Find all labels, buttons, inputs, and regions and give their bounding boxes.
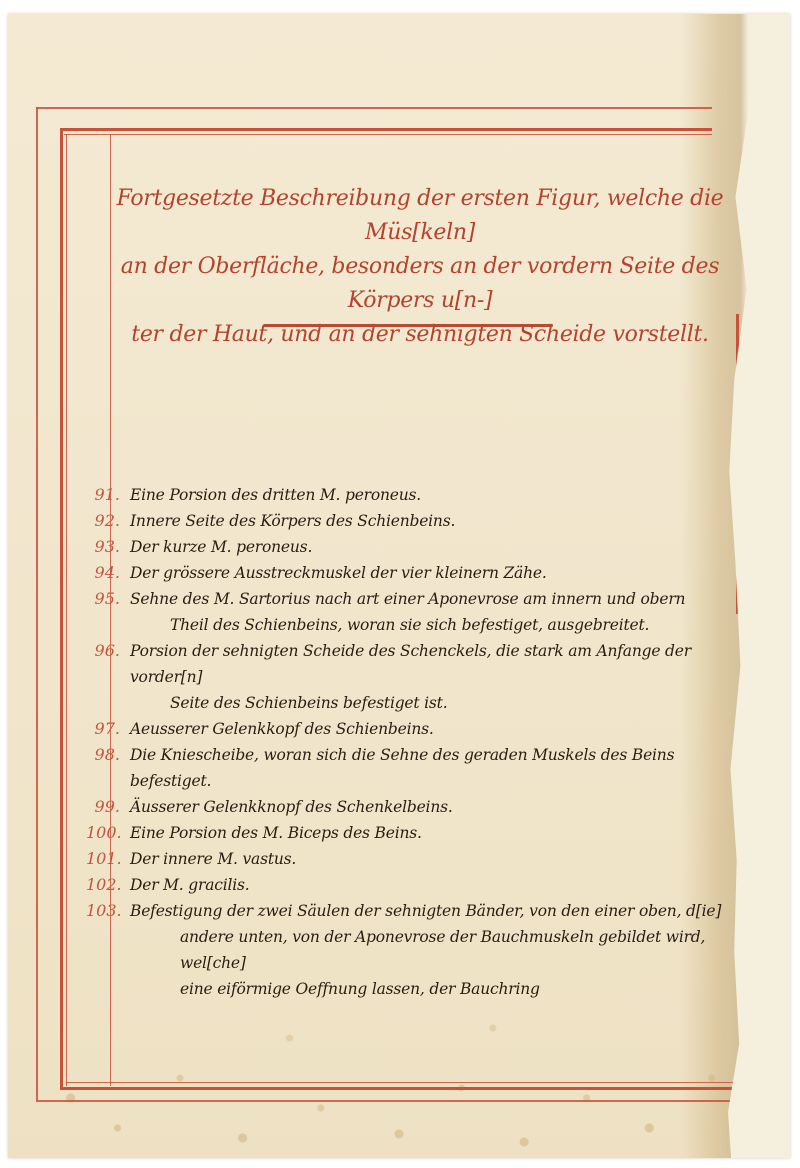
outer-frame-top (36, 107, 712, 109)
entry-text-continuation: Seite des Schienbeins befestiget ist. (130, 690, 726, 716)
inner-frame-bottom-thin (66, 1082, 738, 1083)
entry-text: Aeusserer Gelenkkopf des Schienbeins. (130, 720, 434, 738)
list-item: 96. Porsion der sehnigten Scheide des Sc… (86, 638, 726, 716)
list-item: 103. Befestigung der zwei Säulen der seh… (86, 898, 726, 1002)
title-line-1: Fortgesetzte Beschreibung der ersten Fig… (100, 182, 740, 250)
entry-text: Eine Porsion des M. Biceps des Beins. (130, 824, 422, 842)
entry-text: Der kurze M. peroneus. (130, 538, 312, 556)
entry-text: Der M. gracilis. (130, 876, 249, 894)
inner-frame-left-thin (66, 134, 67, 1086)
entry-text: Eine Porsion des dritten M. peroneus. (130, 486, 421, 504)
entry-number: 102. (86, 872, 124, 898)
entry-text-continuation: Theil des Schienbeins, woran sie sich be… (130, 612, 726, 638)
manuscript-page: Fortgesetzte Beschreibung der ersten Fig… (8, 14, 790, 1158)
entry-number: 99. (86, 794, 124, 820)
inner-frame-bottom-thick (60, 1087, 740, 1090)
entry-text: Porsion der sehnigten Scheide des Schenc… (130, 642, 691, 686)
list-item: 102. Der M. gracilis. (86, 872, 726, 898)
list-item: 95. Sehne des M. Sartorius nach art eine… (86, 586, 726, 638)
outer-frame-left (36, 107, 38, 1100)
entry-list: 91. Eine Porsion des dritten M. peroneus… (86, 482, 726, 1002)
entry-number: 95. (86, 586, 124, 612)
entry-number: 93. (86, 534, 124, 560)
entry-text-continuation: andere unten, von der Aponevrose der Bau… (130, 924, 726, 976)
title-underline (263, 324, 553, 327)
list-item: 93. Der kurze M. peroneus. (86, 534, 726, 560)
entry-number: 92. (86, 508, 124, 534)
entry-number: 94. (86, 560, 124, 586)
entry-text: Befestigung der zwei Säulen der sehnigte… (130, 902, 721, 920)
entry-number: 91. (86, 482, 124, 508)
inner-frame-left-thick (60, 128, 63, 1090)
entry-text: Sehne des M. Sartorius nach art einer Ap… (130, 590, 685, 608)
list-item: 99. Äusserer Gelenkknopf des Schenkelbei… (86, 794, 726, 820)
entry-text: Der grössere Ausstreckmuskel der vier kl… (130, 564, 547, 582)
list-item: 94. Der grössere Ausstreckmuskel der vie… (86, 560, 726, 586)
entry-number: 100. (86, 820, 124, 846)
inner-frame-top-thin (64, 134, 712, 135)
entry-text: Äusserer Gelenkknopf des Schenkelbeins. (130, 798, 453, 816)
list-item: 101. Der innere M. vastus. (86, 846, 726, 872)
entry-text: Der innere M. vastus. (130, 850, 296, 868)
entry-number: 97. (86, 716, 124, 742)
entry-text: Innere Seite des Körpers des Schienbeins… (130, 512, 455, 530)
entry-text: Die Kniescheibe, woran sich die Sehne de… (130, 746, 674, 790)
list-item: 92. Innere Seite des Körpers des Schienb… (86, 508, 726, 534)
entry-number: 96. (86, 638, 124, 664)
list-item: 100. Eine Porsion des M. Biceps des Bein… (86, 820, 726, 846)
title-line-2: an der Oberfläche, besonders an der vord… (100, 250, 740, 318)
entry-number: 103. (86, 898, 124, 924)
list-item: 97. Aeusserer Gelenkkopf des Schienbeins… (86, 716, 726, 742)
outer-frame-bottom (36, 1100, 752, 1102)
entry-number: 98. (86, 742, 124, 768)
entry-text-continuation: eine eiförmige Oeffnung lassen, der Bauc… (130, 976, 726, 1002)
inner-frame-top-thick (60, 128, 712, 131)
entry-number: 101. (86, 846, 124, 872)
list-item: 98. Die Kniescheibe, woran sich die Sehn… (86, 742, 726, 794)
list-item: 91. Eine Porsion des dritten M. peroneus… (86, 482, 726, 508)
